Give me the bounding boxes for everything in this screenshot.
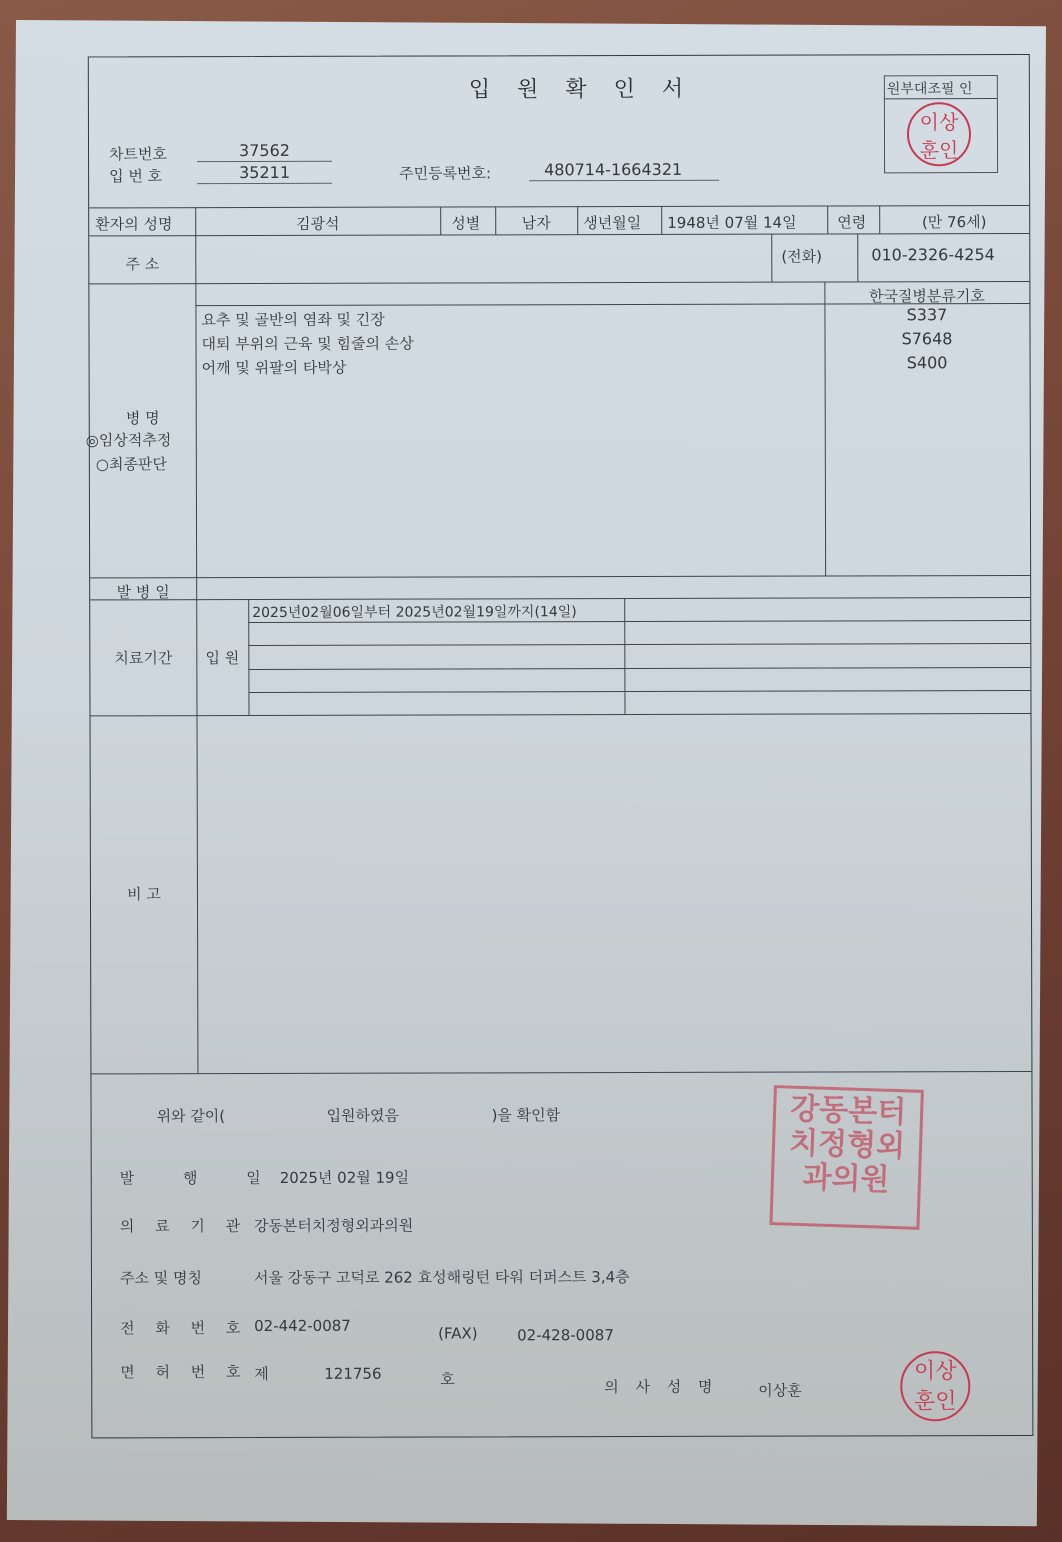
doctor-seal: 이상 훈인 [900,1351,970,1421]
kcd-code: S400 [825,353,1030,373]
institution-address-label: 주소 및 명칭 [120,1267,202,1288]
verification-seal: 이상 훈인 [907,102,971,166]
address-label: 주 소 [89,253,195,274]
document-title: 입 원 확 인 서 [469,72,693,104]
sex-value: 남자 [495,212,577,233]
dob-label: 생년월일 [583,212,641,233]
verification-stamp-box: 원부대조필 인 이상 훈인 [884,75,998,173]
license-number: 121756 [324,1365,381,1383]
license-label: 면 허 번 호 [120,1361,248,1382]
dob-value: 1948년 07월 14일 [667,212,796,233]
institution-label: 의 료 기 관 [120,1215,248,1236]
diagnosis-option-clinical[interactable]: ◎임상적추정 [86,429,172,450]
kcd-code: S7648 [824,329,1029,349]
document-frame: 입 원 확 인 서 차트번호 37562 입 번 호 35211 주민등록번호:… [88,54,1034,1438]
resident-id-underline [529,180,719,181]
verification-stamp-label: 원부대조필 인 [887,78,973,98]
confirm-suffix: )을 확인함 [492,1104,561,1125]
diagnosis-item: 대퇴 부위의 근육 및 힘줄의 손상 [202,333,414,355]
confirm-prefix: 위와 같이( [157,1105,226,1126]
main-table: 환자의 성명 김광석 성별 남자 생년월일 1948년 07월 14일 연령 (… [89,205,1029,207]
treatment-period: 2025년02월06일부터 2025년02월19일까지(14일) [252,601,577,622]
admission-no-value: 35211 [239,163,290,182]
phone-value: 010-2326-4254 [871,245,995,264]
document-paper: 입 원 확 인 서 차트번호 37562 입 번 호 35211 주민등록번호:… [7,20,1046,1526]
license-prefix: 제 [254,1363,269,1384]
diagnosis-item: 요추 및 골반의 염좌 및 긴장 [201,309,384,330]
institution-name: 강동본터치정형외과의원 [254,1215,413,1236]
admission-no-underline [197,183,332,184]
institution-phone-label: 전 화 번 호 [120,1317,248,1338]
chart-no-label: 차트번호 [109,143,167,164]
license-suffix: 호 [440,1368,455,1389]
patient-name: 김광석 [195,213,440,235]
institution-seal: 강동본터치정형외과의원 [769,1085,923,1230]
diagnosis-label: 병 명 [90,407,196,428]
diagnosis-option-final[interactable]: ○최종판단 [96,453,167,474]
admission-no-label: 입 번 호 [109,165,162,186]
doctor-name: 이상훈 [758,1380,802,1401]
diagnosis-item: 어깨 및 위팔의 타박상 [202,357,347,378]
remarks-label: 비 고 [91,883,197,904]
patient-name-label: 환자의 성명 [95,213,172,234]
sex-label: 성별 [451,212,480,233]
resident-id-value: 480714-1664321 [544,160,682,179]
issue-date-label: 발 행 일 [120,1167,283,1188]
chart-no-value: 37562 [239,141,290,160]
institution-address: 서울 강동구 고덕로 262 효성해링턴 타워 더퍼스트 3,4층 [254,1266,630,1288]
chart-no-underline [197,161,332,162]
fax-label: (FAX) [438,1324,478,1342]
issue-date: 2025년 02월 19일 [280,1167,409,1188]
seal-line-1: 이상 [909,108,969,136]
treatment-type-label: 입 원 [196,647,248,668]
kcd-code: S337 [824,305,1029,325]
phone-label: (전화) [781,246,822,267]
fax-value: 02-428-0087 [517,1326,614,1344]
treatment-label: 치료기간 [90,647,196,668]
age-value: (만 76세) [879,211,1029,232]
seal-line-2: 훈인 [909,136,969,164]
seal-line-1: 이상 [902,1357,968,1387]
confirm-middle: 입원하였음 [327,1105,400,1126]
resident-id-label: 주민등록번호: [399,162,491,183]
age-label: 연령 [837,211,866,232]
doctor-name-label: 의 사 성 명 [604,1376,718,1397]
seal-line-2: 훈인 [902,1387,968,1417]
institution-phone: 02-442-0087 [254,1317,351,1335]
